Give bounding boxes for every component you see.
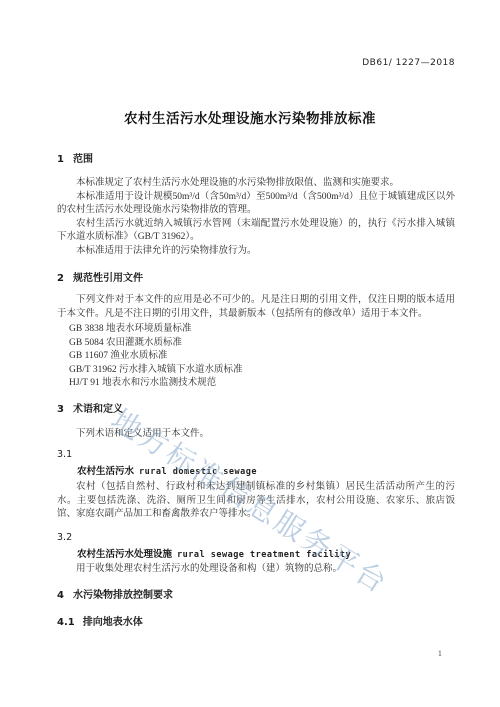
paragraph: 下列文件对于本文件的应用是必不可少的。凡是注日期的引用文件，仅注日期的版本适用于…: [57, 294, 455, 321]
term-definition: 用于收集处理农村生活污水的处理设备和构（建）筑物的总称。: [57, 563, 455, 577]
clause-3-1-number: 3.1: [57, 449, 455, 461]
document-title: 农村生活污水处理设施水污染物排放标准: [0, 107, 500, 127]
term-chinese: 农村生活污水处理设施: [77, 549, 172, 560]
section-4-heading: 4水污染物排放控制要求: [57, 589, 455, 602]
reference-list: GB 3838 地表水环境质量标准 GB 5084 农田灌溉水质标准 GB 11…: [57, 323, 455, 391]
document-body: 1范围 本标准规定了农村生活污水处理设施的水污染物排放限值、监测和实施要求。 本…: [57, 153, 455, 629]
section-4-1-title: 排向地表水体: [83, 617, 143, 628]
term-english: rural sewage treatment facility: [177, 550, 351, 560]
standard-code: DB61/ 1227—2018: [362, 58, 455, 68]
section-3-title: 术语和定义: [73, 404, 123, 415]
paragraph: 本标准适用于设计规模50m³/d（含50m³/d）至500m³/d（含500m³…: [57, 191, 455, 218]
reference-item: HJ/T 91 地表水和污水监测技术规范: [69, 377, 455, 391]
section-1-title: 范围: [73, 154, 93, 165]
section-4-number: 4: [57, 590, 64, 601]
document-page: DB61/ 1227—2018 农村生活污水处理设施水污染物排放标准 1范围 本…: [0, 0, 500, 707]
section-1-heading: 1范围: [57, 153, 455, 166]
section-1-paragraphs: 本标准规定了农村生活污水处理设施的水污染物排放限值、监测和实施要求。 本标准适用…: [57, 177, 455, 258]
term-english: rural domestic sewage: [139, 467, 257, 477]
section-2-number: 2: [57, 273, 64, 284]
reference-item: GB/T 31962 污水排入城镇下水道水质标准: [69, 364, 455, 378]
reference-item: GB 5084 农田灌溉水质标准: [69, 337, 455, 351]
term-3-1: 农村生活污水rural domestic sewage: [77, 465, 455, 479]
term-chinese: 农村生活污水: [77, 466, 134, 477]
term-definition: 农村（包括自然村、行政村和未达到建制镇标准的乡村集镇）居民生活活动所产生的污水。…: [57, 481, 455, 522]
section-4-title: 水污染物排放控制要求: [73, 590, 173, 601]
section-3-heading: 3术语和定义: [57, 403, 455, 416]
paragraph: 本标准规定了农村生活污水处理设施的水污染物排放限值、监测和实施要求。: [57, 177, 455, 191]
section-4-1-heading: 4.1排向地表水体: [57, 616, 455, 629]
term-3-2: 农村生活污水处理设施rural sewage treatment facilit…: [77, 548, 455, 562]
reference-item: GB 11607 渔业水质标准: [69, 350, 455, 364]
section-4-1-number: 4.1: [57, 617, 75, 628]
section-2-heading: 2规范性引用文件: [57, 272, 455, 285]
clause-3-2-number: 3.2: [57, 532, 455, 544]
section-3-number: 3: [57, 404, 64, 415]
paragraph: 农村生活污水就近纳入城镇污水管网（末端配置污水处理设施）的，执行《污水排入城镇下…: [57, 218, 455, 245]
page-number: 1: [438, 648, 442, 658]
reference-item: GB 3838 地表水环境质量标准: [69, 323, 455, 337]
section-1-number: 1: [57, 154, 64, 165]
section-2-title: 规范性引用文件: [73, 273, 143, 284]
paragraph: 本标准适用于法律允许的污染物排放行为。: [57, 245, 455, 259]
paragraph: 下列术语和定义适用于本文件。: [57, 428, 455, 442]
